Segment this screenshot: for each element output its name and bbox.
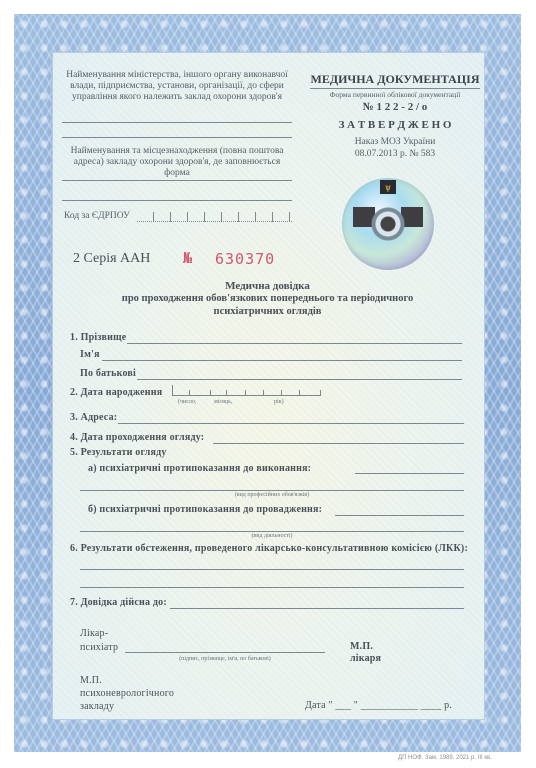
form-number: № 1 2 2 - 2 / о [310, 101, 480, 113]
name-field[interactable] [102, 360, 462, 361]
series-label: 2 Серія ААН [73, 251, 150, 267]
ministry-caption: Найменування міністерства, іншого органу… [62, 70, 292, 103]
contra-a-field-2[interactable] [80, 490, 464, 491]
exam-date-label: 4. Дата проходження огляду: [70, 432, 204, 443]
stamp-doctor-1: М.П. [350, 641, 373, 652]
dob-month-caption: місяць, [214, 399, 232, 405]
valid-until-field[interactable] [170, 608, 464, 609]
facility-caption: Найменування та місцезнаходження (повна … [62, 146, 292, 179]
contra-a-field[interactable] [355, 473, 464, 474]
name-label: Ім'я [80, 349, 100, 360]
doctor-label-1: Лікар- [80, 628, 108, 639]
form-caption: Форма первинної облікової документації [310, 90, 480, 99]
doctor-signature-field[interactable] [125, 652, 325, 653]
printer-imprint: ДП НОФ. Зам. 1989. 2021 р. III кв. [398, 755, 492, 761]
dob-label: 2. Дата народження [70, 387, 162, 398]
contra-b-caption: (вид діяльності) [80, 533, 464, 539]
facility-line-2[interactable] [62, 200, 292, 201]
order-date: 08.07.2013 р. № 583 [310, 149, 480, 159]
stamp-doctor-2: лікаря [350, 653, 381, 664]
address-label: 3. Адреса: [70, 412, 117, 423]
contra-b-field[interactable] [335, 515, 464, 516]
date-field[interactable]: Дата " ___ " ___________ ____ р. [305, 700, 452, 711]
contra-b-label: б) психіатричні протипоказання до провад… [88, 504, 322, 515]
doctor-caption: (підпис, прізвище, ім'я, по батькові) [125, 656, 325, 662]
contra-a-caption: (вид професійних обов'язків) [80, 492, 464, 498]
contra-a-label: а) психіатричні протипоказання до викона… [88, 463, 311, 474]
dob-year-caption: рік) [274, 399, 284, 405]
ministry-line-2[interactable] [62, 137, 292, 138]
exam-date-field[interactable] [213, 443, 464, 444]
edrpou-label: Код за ЄДРПОУ [64, 211, 130, 221]
surname-label: 1. Прізвище [70, 332, 126, 343]
stamp-inst-2: психоневрологічного [80, 688, 174, 699]
results-label: 5. Результати огляду [70, 447, 167, 458]
surname-field[interactable] [127, 343, 462, 344]
title-line-2: про проходження обов'язкових попередньог… [55, 293, 480, 304]
lkk-field-2[interactable] [80, 587, 464, 588]
approved-label: З А Т В Е Р Д Ж Е Н О [310, 119, 480, 131]
ministry-line[interactable] [62, 122, 292, 123]
facility-line[interactable] [62, 180, 292, 181]
serial-number: 630370 [215, 250, 275, 268]
contra-b-field-2[interactable] [80, 531, 464, 532]
doc-type: МЕДИЧНА ДОКУМЕНТАЦІЯ [310, 72, 480, 89]
stamp-inst-1: М.П. [80, 675, 102, 686]
address-field[interactable] [118, 423, 464, 424]
stamp-inst-3: закладу [80, 701, 114, 712]
lkk-label: 6. Результати обстеження, проведеного лі… [70, 543, 468, 554]
dob-day-caption: (число, [178, 399, 196, 405]
trident-emblem-icon: ѱ [380, 180, 396, 194]
doctor-label-2: психіатр [80, 642, 118, 653]
dob-field[interactable] [172, 385, 321, 396]
title-line-3: психіатричних оглядів [55, 306, 480, 317]
patronymic-label: По батькові [80, 368, 136, 379]
order-label: Наказ МОЗ України [310, 137, 480, 147]
title-line-1: Медична довідка [55, 280, 480, 292]
number-sign: № [183, 249, 192, 267]
lkk-field-1[interactable] [80, 569, 464, 570]
valid-until-label: 7. Довідка дійсна до: [70, 597, 167, 608]
edrpou-field[interactable] [137, 212, 292, 222]
patronymic-field[interactable] [137, 379, 462, 380]
